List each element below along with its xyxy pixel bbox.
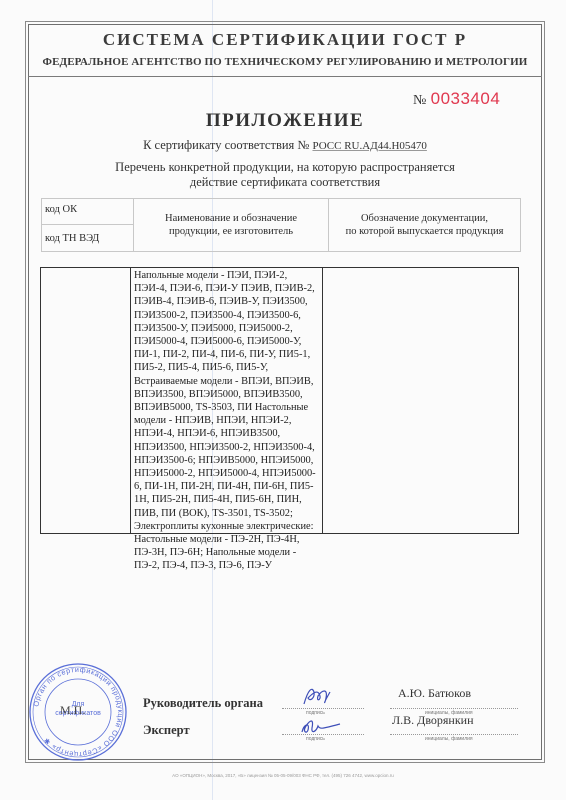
serial-number-block: № 0033404 — [413, 89, 500, 109]
list-title-line2: действие сертификата соответствия — [28, 175, 542, 190]
expert-name-line — [390, 734, 518, 735]
expert-label: Эксперт — [143, 723, 190, 738]
expert-name-caption: инициалы, фамилия — [425, 736, 473, 742]
table-row: Напольные модели - ПЭИ, ПЭИ-2, ПЭИ-4, ПЭ… — [40, 267, 519, 534]
head-name: А.Ю. Батюков — [398, 686, 471, 701]
docs-header-line2: по которой выпускается продукция — [346, 225, 504, 238]
list-title-line1: Перечень конкретной продукции, на котору… — [28, 160, 542, 175]
code-ok-label: код ОК — [42, 199, 133, 225]
code-column-header: код ОК код ТН ВЭД — [42, 199, 134, 251]
header-divider — [28, 76, 542, 77]
code-cell — [41, 268, 131, 533]
table-header: код ОК код ТН ВЭД Наименование и обознач… — [41, 198, 521, 252]
document-title: ПРИЛОЖЕНИЕ — [28, 110, 542, 132]
seal-label: М.П. — [60, 703, 85, 718]
documentation-cell — [324, 268, 518, 533]
docs-column-header: Обозначение документации, по которой вып… — [329, 199, 520, 251]
docs-header-line1: Обозначение документации, — [346, 212, 504, 225]
expert-signature-caption: подпись — [306, 736, 325, 742]
printer-footer: АО «ОПЦИОН», Москва, 2017, «Б» лицензия … — [0, 773, 566, 778]
head-name-line — [390, 708, 518, 709]
certificate-number: РОСС RU.АД44.Н05470 — [312, 140, 426, 152]
system-title: СИСТЕМА СЕРТИФИКАЦИИ ГОСТ Р — [28, 30, 542, 50]
code-tnved-label: код ТН ВЭД — [42, 226, 133, 251]
product-column-header: Наименование и обозначение продукции, ее… — [134, 199, 329, 251]
product-cell: Напольные модели - ПЭИ, ПЭИ-2, ПЭИ-4, ПЭ… — [131, 268, 323, 533]
serial-number: 0033404 — [431, 89, 501, 108]
product-header-line2: продукции, ее изготовитель — [165, 225, 297, 238]
head-signature-icon — [300, 684, 334, 708]
list-title: Перечень конкретной продукции, на котору… — [28, 160, 542, 190]
certificate-label: К сертификату соответствия № — [143, 138, 309, 152]
product-header-line1: Наименование и обозначение — [165, 212, 297, 225]
agency-name: ФЕДЕРАЛЬНОЕ АГЕНТСТВО ПО ТЕХНИЧЕСКОМУ РЕ… — [28, 56, 542, 68]
expert-name: Л.В. Дворянкин — [392, 713, 474, 728]
head-label: Руководитель органа — [143, 696, 263, 711]
certificate-reference: К сертификату соответствия № РОСС RU.АД4… — [28, 138, 542, 153]
number-sign: № — [413, 93, 426, 108]
expert-signature-icon — [298, 716, 342, 736]
head-signature-line — [282, 708, 364, 709]
